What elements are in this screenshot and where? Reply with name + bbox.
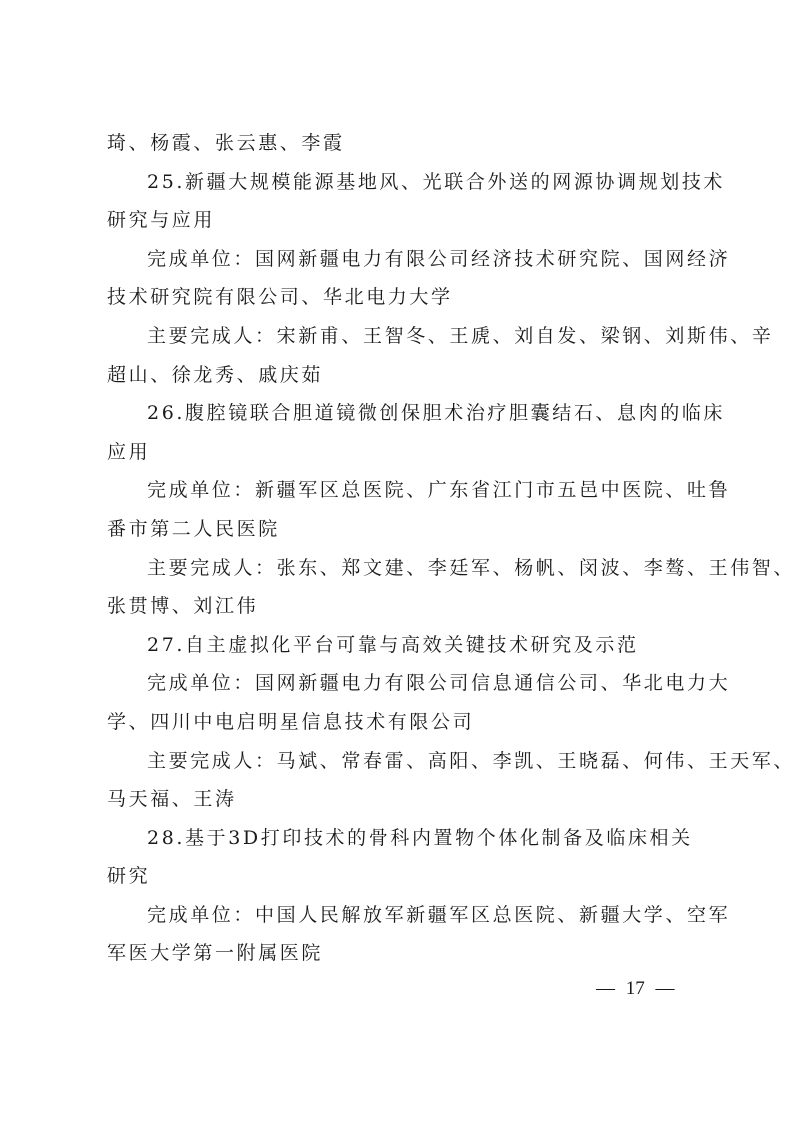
- item-title-27: 27.自主虚拟化平台可靠与高效关键技术研究及示范: [107, 626, 693, 665]
- main-contributors-27: 主要完成人：马斌、常春雷、高阳、李凯、王晓磊、何伟、王天军、: [107, 742, 693, 781]
- item-title-28: 28.基于3D打印技术的骨科内置物个体化制备及临床相关: [107, 819, 693, 858]
- text-line: 应用: [107, 433, 693, 472]
- completing-units-25: 完成单位：国网新疆电力有限公司经济技术研究院、国网经济: [107, 240, 693, 279]
- item-title-25: 25.新疆大规模能源基地风、光联合外送的网源协调规划技术: [107, 163, 693, 202]
- completing-units-27: 完成单位：国网新疆电力有限公司信息通信公司、华北电力大: [107, 664, 693, 703]
- text-line: 超山、徐龙秀、戚庆茹: [107, 356, 693, 395]
- text-line: 番市第二人民医院: [107, 510, 693, 549]
- completing-units-28: 完成单位：中国人民解放军新疆军区总医院、新疆大学、空军: [107, 896, 693, 935]
- text-line: 张贯博、刘江伟: [107, 587, 693, 626]
- main-contributors-25: 主要完成人：宋新甫、王智冬、王虒、刘自发、梁钢、刘斯伟、辛: [107, 317, 693, 356]
- text-line: 军医大学第一附属医院: [107, 934, 693, 973]
- text-line: 学、四川中电启明星信息技术有限公司: [107, 703, 693, 742]
- text-line: 琦、杨霞、张云惠、李霞: [107, 124, 693, 163]
- item-title-26: 26.腹腔镜联合胆道镜微创保胆术治疗胆囊结石、息肉的临床: [107, 394, 693, 433]
- text-line: 研究: [107, 857, 693, 896]
- text-line: 马天福、王涛: [107, 780, 693, 819]
- text-line: 技术研究院有限公司、华北电力大学: [107, 278, 693, 317]
- page-number: — 17 —: [596, 978, 675, 1000]
- completing-units-26: 完成单位：新疆军区总医院、广东省江门市五邑中医院、吐鲁: [107, 471, 693, 510]
- main-contributors-26: 主要完成人：张东、郑文建、李廷军、杨帆、闵波、李骜、王伟智、: [107, 549, 693, 588]
- text-line: 研究与应用: [107, 201, 693, 240]
- document-body: 琦、杨霞、张云惠、李霞 25.新疆大规模能源基地风、光联合外送的网源协调规划技术…: [107, 124, 693, 973]
